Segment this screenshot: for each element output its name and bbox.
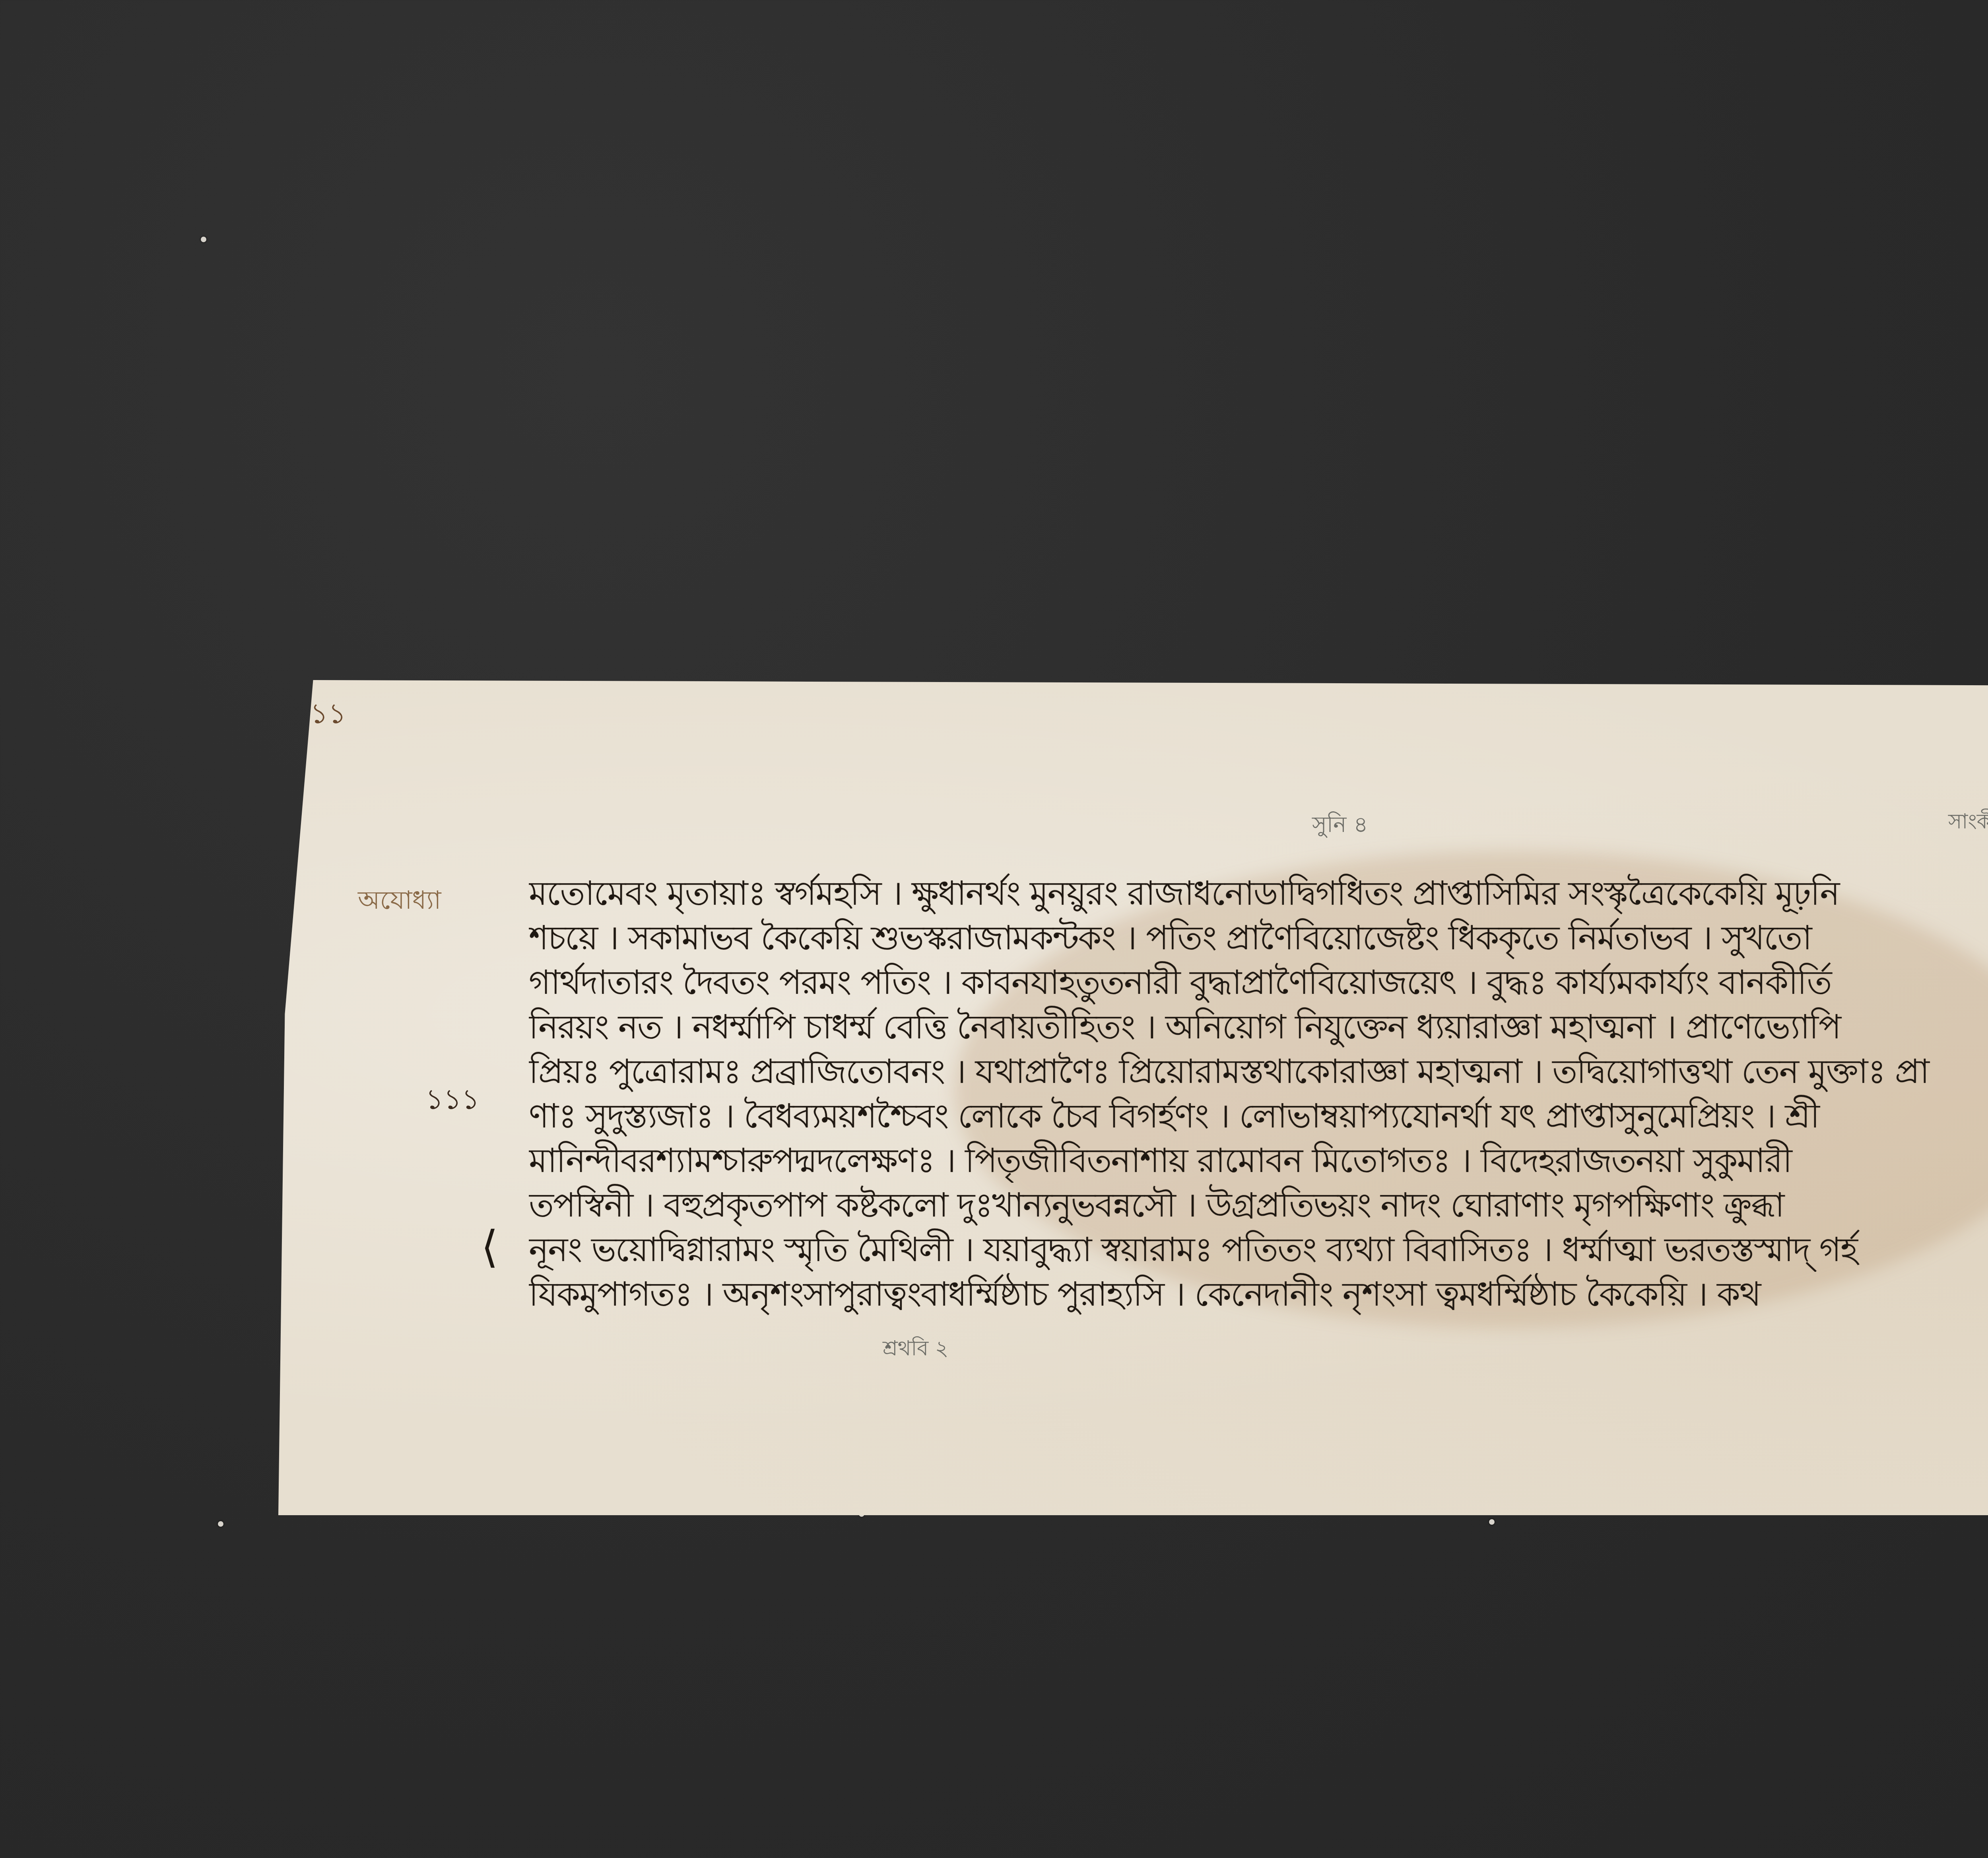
text-line: গার্থদাতারং দৈবতং পরমং পতিং । কাবনযাহতুত… (529, 960, 1988, 1005)
text-line: প্রিয়ঃ পুত্রোরামঃ প্রব্রাজিতোবনং । যথাপ… (529, 1049, 1988, 1094)
insertion-bracket-mark: ⟨ (481, 1229, 498, 1265)
margin-label-ayodhya: অযোধ্যা (358, 881, 441, 923)
manuscript-folio: ১১ সুনি ৪ সাংকীর্ত্তিবিয়ন্যাচি – ৭৬ অযো… (278, 680, 1988, 1515)
header-annotation-center: সুনি ৪ (1312, 807, 1368, 845)
text-line: শচয়ে । সকামাভব কৈকেয়ি শুভস্করাজামকন্টক… (529, 915, 1988, 960)
header-annotation-right: সাংকীর্ত্তিবিয়ন্যাচি – ৭৬ (1948, 805, 1988, 840)
pin (1489, 1519, 1495, 1525)
pin (218, 1521, 223, 1527)
text-line: নিরয়ং নত । নধর্ম্মাপি চাধর্ম্ম বেত্তি ন… (529, 1005, 1988, 1049)
footer-annotation: শ্রথবি ২ (883, 1332, 949, 1367)
text-line: মতোমেবং মৃতায়াঃ স্বৰ্গমহসি । ক্ষুধানৰ্থ… (529, 871, 1988, 915)
text-line: নূনং ভয়োদ্বিগ্নারামং স্মৃতি মৈথিলী । যয… (529, 1227, 1988, 1272)
manuscript-text-block: মতোমেবং মৃতায়াঃ স্বৰ্গমহসি । ক্ষুধানৰ্থ… (529, 871, 1988, 1316)
text-line: যিকমুপাগতঃ । অনৃশংসাপুরাত্বংবাধর্ম্মিষ্ঠ… (529, 1272, 1988, 1316)
pin (201, 237, 206, 242)
folio-corner-mark: ১১ (310, 692, 346, 739)
text-line: ণাঃ সুদুস্ত্যজাঃ । বৈধব্যময়শশ্চৈবং লোকে… (529, 1094, 1988, 1138)
margin-folio-number-left: ১১১ (425, 1078, 480, 1124)
text-line: তপস্বিনী । বহুপ্রকৃতপাপ কষ্টকলো দুঃখান্য… (529, 1183, 1988, 1227)
text-line: মানিন্দীবরশ্যামশ্চারুপদ্মদলেক্ষণঃ । পিতৃ… (529, 1138, 1988, 1183)
